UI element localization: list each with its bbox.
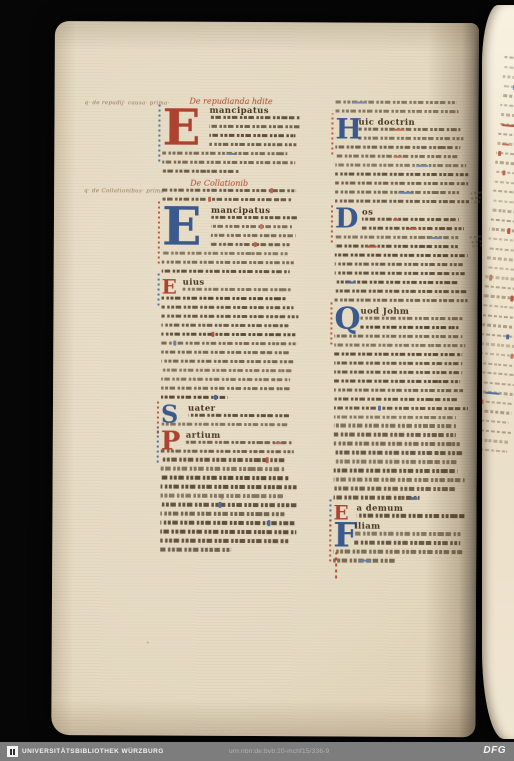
script-lines <box>161 296 299 399</box>
script-lines <box>186 440 298 444</box>
script-lines <box>333 334 468 500</box>
ub-library-logo-icon <box>7 746 18 757</box>
illuminated-initial-q: Q <box>334 307 357 335</box>
script-lines <box>335 145 469 203</box>
facing-page-edge <box>482 5 514 739</box>
script-lines <box>356 514 467 518</box>
margin-note-collations: q· de Collationibus· prima· <box>84 188 166 194</box>
margin-note-repudiation: q· de repudij· causa· prima· <box>85 100 170 106</box>
section-emancipatus-1: E mancipatus <box>162 107 299 174</box>
footer-bar: UNIVERSITÄTSBIBLIOTHEK WÜRZBURG urn:nbn:… <box>0 742 514 761</box>
illuminated-initial-d: D <box>335 208 359 233</box>
section-filiam: F iliam <box>333 523 467 563</box>
display-word: mancipatus <box>211 207 299 216</box>
illuminated-initial-e: E <box>162 278 180 296</box>
right-text-column: H uic doctrin D os Q uod Johm <box>333 100 469 568</box>
section-quod-johannes: Q uod Johm <box>333 307 468 500</box>
parchment-speck <box>220 497 223 500</box>
script-lines <box>183 287 299 291</box>
script-lines <box>360 316 468 329</box>
script-lines <box>209 116 299 147</box>
illuminated-initial-e: E <box>162 107 206 153</box>
script-lines <box>333 550 467 563</box>
section-emancipatus-2: E mancipatus <box>162 206 299 273</box>
display-word: mancipatus <box>210 107 300 116</box>
script-lines <box>162 251 299 273</box>
urn-identifier: urn:nbn:de:bvb:20-mchf15/336-9 <box>229 748 329 755</box>
script-lines <box>160 449 298 552</box>
script-lines <box>354 532 467 545</box>
manuscript-scan: q· de repudij· causa· prima· q· de Colla… <box>0 0 514 761</box>
illuminated-initial-h: H <box>335 118 355 145</box>
parchment-speck <box>147 641 149 643</box>
script-lines <box>362 217 469 230</box>
section-huic-doctrine: H uic doctrin <box>335 118 469 203</box>
left-text-column: De repudianda hdite E mancipatus De Coll… <box>160 97 299 558</box>
illuminated-initial-f: F <box>333 523 351 553</box>
section-s: S uater <box>161 404 298 426</box>
illuminated-initial-e: E <box>162 206 208 254</box>
manuscript-page: q· de repudij· causa· prima· q· de Colla… <box>51 21 479 737</box>
section-p: P artium <box>160 431 298 552</box>
footer-left: UNIVERSITÄTSBIBLIOTHEK WÜRZBURG <box>7 742 164 761</box>
script-lines <box>188 413 298 417</box>
facing-page-text <box>482 56 514 460</box>
section-dos: D os <box>335 208 469 302</box>
dfg-logo: DFG <box>483 745 506 756</box>
script-lines <box>335 235 469 302</box>
script-lines <box>161 422 298 426</box>
library-name: UNIVERSITÄTSBIBLIOTHEK WÜRZBURG <box>22 748 164 755</box>
rubric-de-collationibus: De Collationib <box>190 179 299 189</box>
script-lines <box>211 216 299 247</box>
script-lines <box>358 128 469 141</box>
section-euius: E uius <box>161 278 299 399</box>
script-lines <box>162 152 299 174</box>
